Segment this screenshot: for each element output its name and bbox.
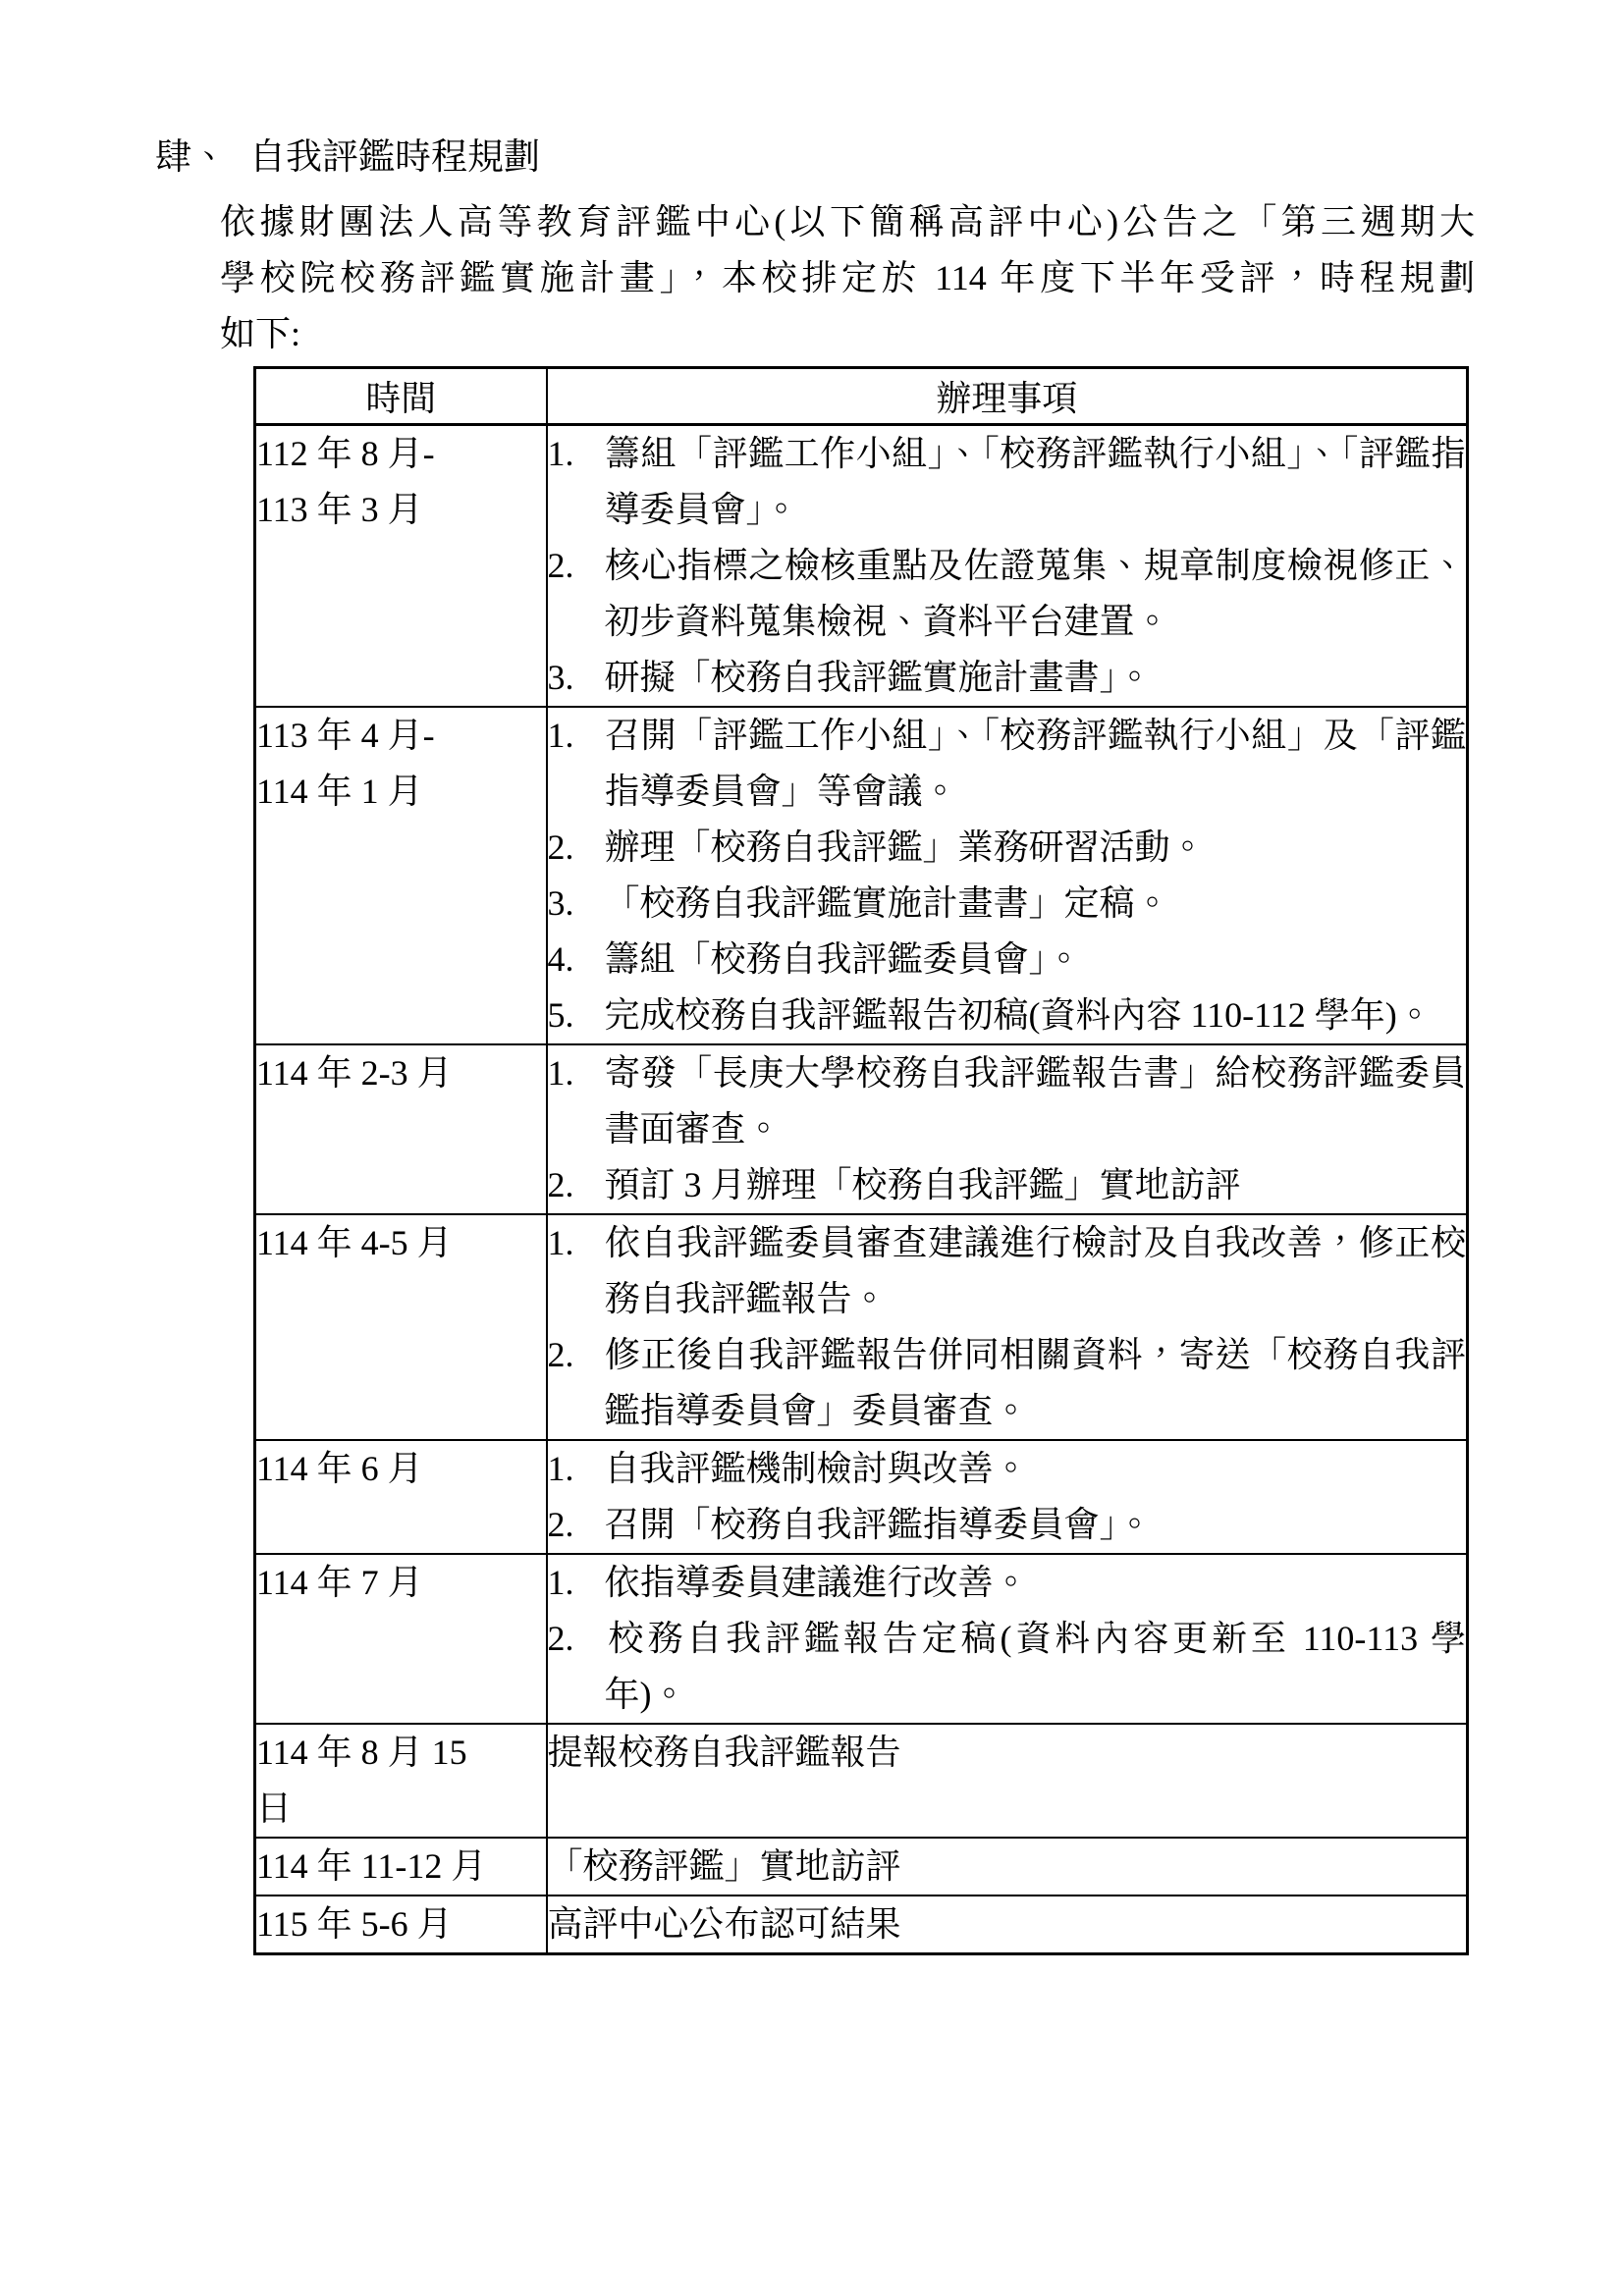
tasks-cell: 1.依指導委員建議進行改善。2.校務自我評鑑報告定稿(資料內容更新至 110-1… — [547, 1554, 1468, 1724]
task-item-number: 1. — [548, 426, 605, 482]
time-text: 114 年 2-3 月 — [256, 1045, 546, 1101]
time-cell: 114 年 2-3 月 — [255, 1044, 547, 1214]
time-text: 113 年 3 月 — [256, 482, 546, 538]
task-item-text: 預訂 3 月辦理「校務自我評鑑」實地訪評 — [605, 1165, 1241, 1204]
time-text: 113 年 4 月- — [256, 708, 546, 764]
task-item-number: 1. — [548, 1215, 605, 1271]
task-item: 2.辦理「校務自我評鑑」業務研習活動。 — [548, 820, 1467, 876]
task-item-number: 1. — [548, 1441, 605, 1497]
table-row: 115 年 5-6 月高評中心公布認可結果 — [255, 1896, 1468, 1954]
task-item-text: 辦理「校務自我評鑑」業務研習活動。 — [605, 828, 1206, 867]
task-item: 4.籌組「校務自我評鑑委員會」。 — [548, 932, 1467, 988]
task-item-number: 2. — [548, 1497, 605, 1553]
tasks-cell: 1.籌組「評鑑工作小組」、「校務評鑑執行小組」、「評鑑指導委員會」。2.核心指標… — [547, 425, 1468, 708]
time-cell: 113 年 4 月-114 年 1 月 — [255, 707, 547, 1044]
task-item-text: 研擬「校務自我評鑑實施計畫書」。 — [605, 658, 1153, 697]
task-item-number: 1. — [548, 1045, 605, 1101]
time-cell: 114 年 6 月 — [255, 1440, 547, 1554]
table-row: 114 年 8 月 15日提報校務自我評鑑報告 — [255, 1724, 1468, 1838]
task-item: 1.依指導委員建議進行改善。 — [548, 1555, 1467, 1611]
task-item: 1.召開「評鑑工作小組」、「校務評鑑執行小組」及「評鑑指導委員會」等會議。 — [548, 708, 1467, 820]
task-item-text: 籌組「評鑑工作小組」、「校務評鑑執行小組」、「評鑑指導委員會」。 — [605, 434, 1467, 529]
task-item-text: 修正後自我評鑑報告併同相關資料，寄送「校務自我評鑑指導委員會」委員審查。 — [605, 1335, 1467, 1430]
task-item-number: 1. — [548, 708, 605, 764]
task-item-text: 自我評鑑機制檢討與改善。 — [605, 1449, 1029, 1488]
table-row: 114 年 7 月1.依指導委員建議進行改善。2.校務自我評鑑報告定稿(資料內容… — [255, 1554, 1468, 1724]
task-item-text: 召開「評鑑工作小組」、「校務評鑑執行小組」及「評鑑指導委員會」等會議。 — [605, 716, 1467, 811]
document-page: 肆、自我評鑑時程規劃 依據財團法人高等教育評鑑中心(以下簡稱高評中心)公告之「第… — [0, 0, 1624, 2296]
task-item: 2.召開「校務自我評鑑指導委員會」。 — [548, 1497, 1467, 1553]
task-item-text: 完成校務自我評鑑報告初稿(資料內容 110-112 學年)。 — [605, 995, 1433, 1035]
intro-line: 如下: — [220, 306, 1475, 362]
task-item-number: 3. — [548, 650, 605, 706]
task-item: 2.校務自我評鑑報告定稿(資料內容更新至 110-113 學年)。 — [548, 1611, 1467, 1723]
task-item-text: 高評中心公布認可結果 — [548, 1904, 901, 1944]
task-item-text: 校務自我評鑑報告定稿(資料內容更新至 110-113 學年)。 — [605, 1619, 1467, 1714]
task-item: 高評中心公布認可結果 — [548, 1896, 1467, 1952]
task-item: 「校務評鑑」實地訪評 — [548, 1839, 1467, 1895]
schedule-table: 時間 辦理事項 112 年 8 月-113 年 3 月1.籌組「評鑑工作小組」、… — [253, 366, 1469, 1955]
table-row: 112 年 8 月-113 年 3 月1.籌組「評鑑工作小組」、「校務評鑑執行小… — [255, 425, 1468, 708]
table-row: 113 年 4 月-114 年 1 月1.召開「評鑑工作小組」、「校務評鑑執行小… — [255, 707, 1468, 1044]
table-row: 114 年 11-12 月「校務評鑑」實地訪評 — [255, 1838, 1468, 1896]
intro-line: 依據財團法人高等教育評鑑中心(以下簡稱高評中心)公告之「第三週期大 — [220, 194, 1475, 250]
task-item-number: 1. — [548, 1555, 605, 1611]
tasks-cell: 1.自我評鑑機制檢討與改善。2.召開「校務自我評鑑指導委員會」。 — [547, 1440, 1468, 1554]
task-item-text: 提報校務自我評鑑報告 — [548, 1733, 901, 1772]
time-text: 114 年 8 月 15 — [256, 1725, 546, 1781]
table-header-row: 時間 辦理事項 — [255, 368, 1468, 425]
section-title: 自我評鑑時程規劃 — [249, 137, 540, 178]
tasks-cell: 提報校務自我評鑑報告 — [547, 1724, 1468, 1838]
section-heading: 肆、自我評鑑時程規劃 — [155, 130, 1624, 187]
task-item-text: 寄發「長庚大學校務自我評鑑報告書」給校務評鑑委員書面審查。 — [605, 1053, 1467, 1148]
task-item-number: 2. — [548, 1611, 605, 1667]
time-text: 114 年 7 月 — [256, 1555, 546, 1611]
task-item-number: 4. — [548, 932, 605, 988]
intro-line: 學校院校務評鑑實施計畫」，本校排定於 114 年度下半年受評，時程規劃 — [220, 250, 1475, 306]
time-text: 112 年 8 月- — [256, 426, 546, 482]
task-item-number: 2. — [548, 538, 605, 594]
time-cell: 112 年 8 月-113 年 3 月 — [255, 425, 547, 708]
task-item-text: 核心指標之檢核重點及佐證蒐集、規章制度檢視修正、初步資料蒐集檢視、資料平台建置。 — [605, 546, 1467, 641]
task-item-number: 2. — [548, 1157, 605, 1213]
tasks-cell: 「校務評鑑」實地訪評 — [547, 1838, 1468, 1896]
table-row: 114 年 4-5 月1.依自我評鑑委員審查建議進行檢討及自我改善，修正校務自我… — [255, 1214, 1468, 1440]
time-text: 日 — [256, 1781, 546, 1837]
tasks-cell: 1.寄發「長庚大學校務自我評鑑報告書」給校務評鑑委員書面審查。2.預訂 3 月辦… — [547, 1044, 1468, 1214]
task-item: 2.核心指標之檢核重點及佐證蒐集、規章制度檢視修正、初步資料蒐集檢視、資料平台建… — [548, 538, 1467, 650]
time-text: 114 年 11-12 月 — [256, 1839, 546, 1895]
task-item: 1.籌組「評鑑工作小組」、「校務評鑑執行小組」、「評鑑指導委員會」。 — [548, 426, 1467, 538]
task-item: 提報校務自我評鑑報告 — [548, 1725, 1467, 1781]
column-header-tasks: 辦理事項 — [547, 368, 1468, 425]
time-cell: 114 年 7 月 — [255, 1554, 547, 1724]
task-item: 3.「校務自我評鑑實施計畫書」定稿。 — [548, 876, 1467, 932]
task-item: 1.依自我評鑑委員審查建議進行檢討及自我改善，修正校務自我評鑑報告。 — [548, 1215, 1467, 1327]
task-item-number: 2. — [548, 820, 605, 876]
time-cell: 114 年 8 月 15日 — [255, 1724, 547, 1838]
column-header-time: 時間 — [255, 368, 547, 425]
task-item: 1.寄發「長庚大學校務自我評鑑報告書」給校務評鑑委員書面審查。 — [548, 1045, 1467, 1157]
tasks-cell: 1.召開「評鑑工作小組」、「校務評鑑執行小組」及「評鑑指導委員會」等會議。2.辦… — [547, 707, 1468, 1044]
task-item-text: 「校務評鑑」實地訪評 — [548, 1846, 901, 1886]
time-text: 114 年 4-5 月 — [256, 1215, 546, 1271]
intro-paragraph: 依據財團法人高等教育評鑑中心(以下簡稱高評中心)公告之「第三週期大學校院校務評鑑… — [220, 194, 1475, 362]
task-item-text: 「校務自我評鑑實施計畫書」定稿。 — [605, 883, 1170, 923]
task-item-number: 2. — [548, 1327, 605, 1383]
task-item: 1.自我評鑑機制檢討與改善。 — [548, 1441, 1467, 1497]
time-cell: 115 年 5-6 月 — [255, 1896, 547, 1954]
time-text: 114 年 1 月 — [256, 764, 546, 820]
time-cell: 114 年 4-5 月 — [255, 1214, 547, 1440]
task-item: 2.預訂 3 月辦理「校務自我評鑑」實地訪評 — [548, 1157, 1467, 1213]
task-item: 3.研擬「校務自我評鑑實施計畫書」。 — [548, 650, 1467, 706]
section-number: 肆、 — [155, 137, 228, 178]
task-item-text: 籌組「校務自我評鑑委員會」。 — [605, 939, 1082, 979]
tasks-cell: 高評中心公布認可結果 — [547, 1896, 1468, 1954]
time-text: 114 年 6 月 — [256, 1441, 546, 1497]
schedule-table-container: 時間 辦理事項 112 年 8 月-113 年 3 月1.籌組「評鑑工作小組」、… — [253, 366, 1624, 1955]
task-item-text: 依指導委員建議進行改善。 — [605, 1563, 1029, 1602]
task-item-text: 依自我評鑑委員審查建議進行檢討及自我改善，修正校務自我評鑑報告。 — [605, 1223, 1467, 1318]
tasks-cell: 1.依自我評鑑委員審查建議進行檢討及自我改善，修正校務自我評鑑報告。2.修正後自… — [547, 1214, 1468, 1440]
table-row: 114 年 2-3 月1.寄發「長庚大學校務自我評鑑報告書」給校務評鑑委員書面審… — [255, 1044, 1468, 1214]
time-cell: 114 年 11-12 月 — [255, 1838, 547, 1896]
task-item-number: 5. — [548, 988, 605, 1043]
task-item: 5.完成校務自我評鑑報告初稿(資料內容 110-112 學年)。 — [548, 988, 1467, 1043]
task-item-number: 3. — [548, 876, 605, 932]
time-text: 115 年 5-6 月 — [256, 1896, 546, 1952]
task-item-text: 召開「校務自我評鑑指導委員會」。 — [605, 1505, 1153, 1544]
table-row: 114 年 6 月1.自我評鑑機制檢討與改善。2.召開「校務自我評鑑指導委員會」… — [255, 1440, 1468, 1554]
task-item: 2.修正後自我評鑑報告併同相關資料，寄送「校務自我評鑑指導委員會」委員審查。 — [548, 1327, 1467, 1439]
